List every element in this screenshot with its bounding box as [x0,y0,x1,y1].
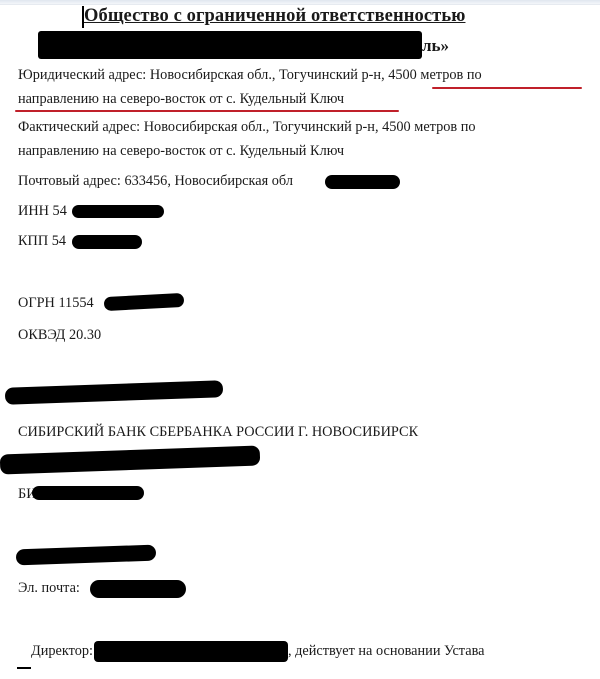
legal-address-underline-2 [15,110,399,112]
redacted-ogrn [104,293,185,311]
legal-address-underline-1 [432,87,582,89]
legal-address-line2: направлению на северо-восток от с. Кудел… [18,91,344,108]
legal-address-line1: Юридический адрес: Новосибирская обл., Т… [18,67,482,84]
director-label: Директор: [31,643,93,660]
company-title: Общество с ограниченной ответственностью [84,6,465,27]
redacted-director-name [94,641,288,662]
redacted-corr-account [0,445,260,474]
redacted-company-name [38,31,422,59]
okved-field: ОКВЭД 20.30 [18,327,101,344]
ogrn-field: ОГРН 11554 [18,295,94,312]
redacted-email [90,580,186,598]
redacted-inn [72,205,164,218]
redacted-bik [32,486,144,500]
kpp-field: КПП 54 [18,233,66,250]
email-label: Эл. почта: [18,580,80,597]
company-name-tail: ль» [422,36,449,56]
ruler-bar [0,0,600,5]
redacted-kpp [72,235,142,249]
actual-address-line1: Фактический адрес: Новосибирская обл., Т… [18,119,476,136]
director-basis: , действует на основании Устава [288,643,484,660]
page-dash [17,667,31,669]
redacted-account [5,380,223,405]
redacted-phone [16,545,156,566]
redacted-postal-address [325,175,400,189]
bank-name: СИБИРСКИЙ БАНК СБЕРБАНКА РОССИИ Г. НОВОС… [18,424,418,441]
actual-address-line2: направлению на северо-восток от с. Кудел… [18,143,344,160]
inn-field: ИНН 54 [18,203,67,220]
postal-address: Почтовый адрес: 633456, Новосибирская об… [18,173,293,190]
